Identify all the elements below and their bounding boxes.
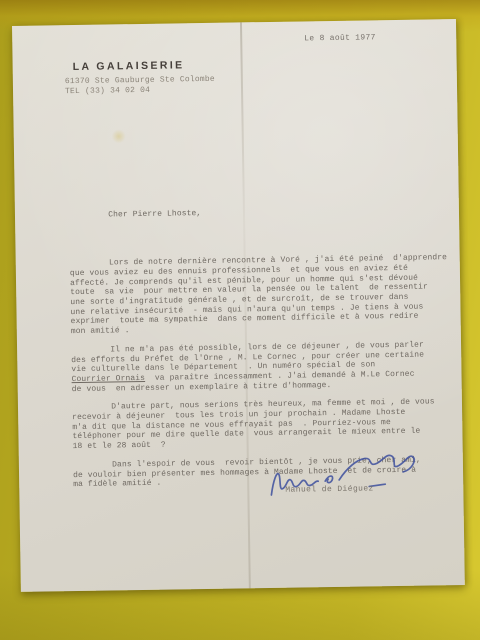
handwritten-signature-ink [265, 449, 426, 504]
letter-paper: Le 8 août 1977 LA GALAISERIE 61370 Ste G… [12, 19, 465, 592]
letter-paragraph: Lors de notre dernière rencontre à Voré … [70, 253, 457, 337]
letterhead-name: LA GALAISERIE [73, 59, 185, 73]
typed-signature-name: Manuel de Diéguez [285, 484, 374, 494]
letterhead-address-block: 61370 Ste Gauburge Ste Colombe TEL (33) … [65, 75, 215, 97]
letter-date: Le 8 août 1977 [304, 33, 376, 43]
signature-stroke-de [325, 476, 333, 483]
letter-paragraph: Il ne m'a pas été possible, lors de ce d… [71, 340, 458, 395]
signature-stroke-surname-flourish [339, 455, 415, 480]
letter-paragraph: D'autre part, nous serions très heureux,… [72, 397, 459, 452]
photo-of-letter-on-yellow-background: Le 8 août 1977 LA GALAISERIE 61370 Ste G… [0, 0, 480, 640]
letterhead-phone: TEL (33) 34 02 04 [65, 85, 215, 97]
letter-body: Cher Pierre Lhoste, Lors de notre derniè… [69, 186, 460, 490]
letter-salutation: Cher Pierre Lhoste, [69, 205, 455, 221]
